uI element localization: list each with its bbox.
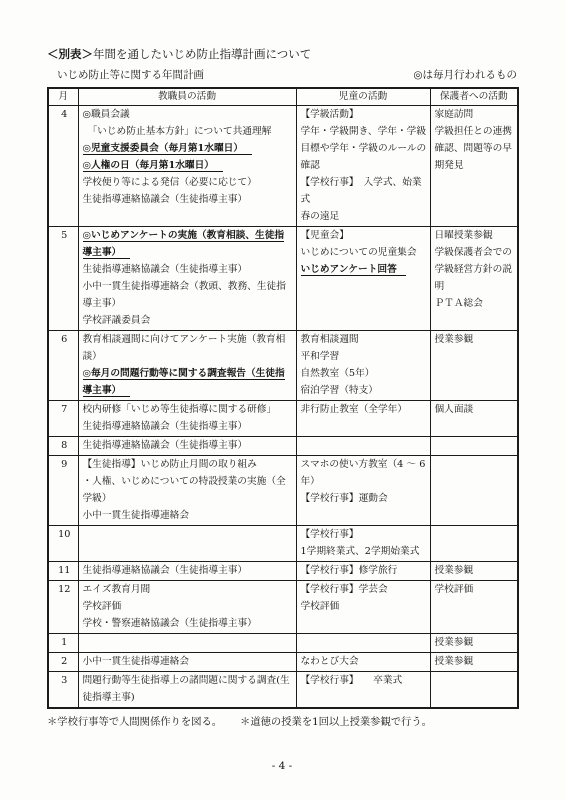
activity-item: 小中一貫生徒指導連絡会（教頭、教務、生徒指導主事） [83, 278, 294, 312]
children-cell: 【学校行事】 卒業式 [296, 672, 430, 709]
column-header-parents: 保護者への活動 [430, 88, 518, 106]
column-header-teachers: 教職員の活動 [78, 88, 296, 106]
table-row: 9【生徒指導】いじめ防止月間の取り組み・人権、いじめについての特設授業の実施（全… [48, 456, 518, 526]
teachers-cell [78, 634, 296, 653]
children-cell: 【学校行事】1学期終業式、2学期始業式 [296, 526, 430, 562]
activity-item: 学級担任との連携確認、問題等の早期発見 [435, 123, 516, 174]
header-row: 月 教職員の活動 児童の活動 保護者への活動 [48, 88, 518, 106]
month-cell: 11 [48, 562, 78, 581]
month-cell: 2 [48, 653, 78, 672]
table-row: 10【学校行事】1学期終業式、2学期始業式 [48, 526, 518, 562]
month-cell: 6 [48, 331, 78, 401]
activity-item: ◎児童支援委員会（毎月第1水曜日） [83, 140, 294, 157]
parents-cell [430, 437, 518, 456]
teachers-cell: 小中一貫生徒指導連絡会 [78, 653, 296, 672]
parents-cell: 個人面談 [430, 401, 518, 437]
teachers-cell: 校内研修「いじめ等生徒指導に関する研修」生徒指導連絡協議会（生徒指導主事） [78, 401, 296, 437]
activity-item: 【学校行事】修学旅行 [301, 562, 428, 579]
activity-item: 【学級活動】 [301, 106, 428, 123]
activity-item: 春の遠足 [301, 208, 428, 225]
children-cell: 教育相談週間平和学習自然教室（5年）宿泊学習（特支） [296, 331, 430, 401]
activity-item: 生徒指導連絡協議会（生徒指導主事） [83, 418, 294, 435]
activity-item: スマホの使い方教室（4 ～ 6年） [301, 456, 428, 490]
children-cell: 【学級活動】学年・学級開き、学年・学級目標や学年・学級のルールの確認【学校行事】… [296, 106, 430, 227]
emphasized-activity: いじめアンケート回答 [301, 264, 406, 276]
activity-item: 【学校行事】 卒業式 [301, 672, 428, 689]
emphasized-activity: ◎いじめアンケートの実施（教育相談、生徒指導主事） [83, 230, 285, 259]
parents-cell [430, 672, 518, 709]
activity-item: なわとび大会 [301, 653, 428, 670]
activity-item: 生徒指導連絡協議会（生徒指導主事） [83, 261, 294, 278]
children-cell: スマホの使い方教室（4 ～ 6年）【学校行事】運動会 [296, 456, 430, 526]
title-text: 年間を通したいじめ防止指導計画について [93, 47, 311, 61]
children-cell [296, 437, 430, 456]
parents-cell: 学校評価 [430, 581, 518, 634]
activity-item: 教育相談週間に向けてアンケート実施（教育相談） [83, 331, 294, 365]
activity-item: 平和学習 [301, 348, 428, 365]
activity-item: ・人権、いじめについての特設授業の実施（全学級） [83, 473, 294, 507]
activity-item: 学校評価 [83, 598, 294, 615]
activity-item: エイズ教育月間 [83, 581, 294, 598]
month-cell: 9 [48, 456, 78, 526]
page-number: - 4 - [47, 760, 517, 772]
activity-item: 【生徒指導】いじめ防止月間の取り組み [83, 456, 294, 473]
teachers-cell: ◎いじめアンケートの実施（教育相談、生徒指導主事）生徒指導連絡協議会（生徒指導主… [78, 227, 296, 331]
teachers-cell [78, 526, 296, 562]
activity-item: ◎人権の日（毎月第1水曜日） [83, 157, 294, 174]
children-cell: 【児童会】いじめについての児童集会いじめアンケート回答 [296, 227, 430, 331]
table-header: 月 教職員の活動 児童の活動 保護者への活動 [48, 88, 518, 106]
emphasized-activity: ◎人権の日（毎月第1水曜日） [83, 160, 223, 172]
activity-item: 【学校行事】運動会 [301, 490, 428, 507]
footnotes: ＊学校行事等で人間関係作りを図る。 ＊道徳の授業を1回以上授業参観で行う。 [47, 715, 517, 730]
annual-plan-table: 月 教職員の活動 児童の活動 保護者への活動 4◎職員会議「いじめ防止基本方針」… [47, 87, 519, 709]
activity-item: 生徒指導連絡協議会（生徒指導主事） [83, 562, 294, 579]
parents-cell [430, 526, 518, 562]
parents-cell: 家庭訪問学級担任との連携確認、問題等の早期発見 [430, 106, 518, 227]
activity-item: 授業参観 [435, 653, 516, 670]
teachers-cell: エイズ教育月間学校評価学校・警察連絡協議会（生徒指導主事） [78, 581, 296, 634]
activity-item: 学年・学級開き、学年・学級目標や学年・学級のルールの確認 [301, 123, 428, 174]
activity-item: 学校評価 [301, 598, 428, 615]
activity-item: 宿泊学習（特支） [301, 382, 428, 399]
activity-item: 学校評価 [435, 581, 516, 598]
table-row: 2小中一貫生徒指導連絡会なわとび大会授業参観 [48, 653, 518, 672]
emphasized-activity: ◎児童支援委員会（毎月第1水曜日） [83, 143, 253, 155]
month-cell: 3 [48, 672, 78, 709]
table-row: 6教育相談週間に向けてアンケート実施（教育相談）◎毎月の問題行動等に関する調査報… [48, 331, 518, 401]
activity-item: 【児童会】 [301, 227, 428, 244]
document-page: ＜別表＞年間を通したいじめ防止指導計画について いじめ防止等に関する年間計画 ◎… [0, 0, 565, 800]
activity-item: 「いじめ防止基本方針」について共通理解 [83, 123, 294, 140]
activity-item: いじめについての児童集会 [301, 244, 428, 261]
month-cell: 1 [48, 634, 78, 653]
activity-item: 生徒指導連絡協議会（生徒指導主事） [83, 437, 294, 454]
table-caption: いじめ防止等に関する年間計画 [47, 68, 204, 83]
activity-item: ＰＴＡ総会 [435, 295, 516, 312]
month-cell: 10 [48, 526, 78, 562]
children-cell: 【学校行事】学芸会学校評価 [296, 581, 430, 634]
parents-cell: 日曜授業参観学級保護者会での学級経営方針の説明ＰＴＡ総会 [430, 227, 518, 331]
table-row: 7校内研修「いじめ等生徒指導に関する研修」生徒指導連絡協議会（生徒指導主事）非行… [48, 401, 518, 437]
activity-item: 生徒指導連絡協議会（生徒指導主事） [83, 191, 294, 208]
activity-item: 小中一貫生徒指導連絡会 [83, 653, 294, 670]
activity-item: 学級保護者会での学級経営方針の説明 [435, 244, 516, 295]
parents-cell: 授業参観 [430, 562, 518, 581]
emphasized-activity: ◎毎月の問題行動等に関する調査報告（生徒指導主事） [83, 368, 285, 397]
children-cell: なわとび大会 [296, 653, 430, 672]
month-cell: 5 [48, 227, 78, 331]
month-cell: 4 [48, 106, 78, 227]
activity-item: 【学校行事】学芸会 [301, 581, 428, 598]
activity-item: 教育相談週間 [301, 331, 428, 348]
table-row: 3問題行動等生徒指導上の諸問題に関する調査(生徒指導主事)【学校行事】 卒業式 [48, 672, 518, 709]
teachers-cell: 生徒指導連絡協議会（生徒指導主事） [78, 562, 296, 581]
footnote-2: ＊道徳の授業を1回以上授業参観で行う。 [240, 715, 432, 730]
caption-row: いじめ防止等に関する年間計画 ◎は毎月行われるもの [47, 68, 517, 83]
annual-plan-table-body: 4◎職員会議「いじめ防止基本方針」について共通理解◎児童支援委員会（毎月第1水曜… [48, 106, 518, 709]
children-cell: 【学校行事】修学旅行 [296, 562, 430, 581]
column-header-children: 児童の活動 [296, 88, 430, 106]
table-row: 4◎職員会議「いじめ防止基本方針」について共通理解◎児童支援委員会（毎月第1水曜… [48, 106, 518, 227]
column-header-month: 月 [48, 88, 78, 106]
activity-item: 授業参観 [435, 634, 516, 651]
activity-item: ◎いじめアンケートの実施（教育相談、生徒指導主事） [83, 227, 294, 261]
activity-item: 小中一貫生徒指導連絡会 [83, 507, 294, 524]
table-row: 8生徒指導連絡協議会（生徒指導主事） [48, 437, 518, 456]
activity-item: 授業参観 [435, 562, 516, 579]
activity-item: 個人面談 [435, 401, 516, 418]
activity-item: 学校評議委員会 [83, 312, 294, 329]
table-row: 11生徒指導連絡協議会（生徒指導主事）【学校行事】修学旅行授業参観 [48, 562, 518, 581]
table-row: 12エイズ教育月間学校評価学校・警察連絡協議会（生徒指導主事）【学校行事】学芸会… [48, 581, 518, 634]
title-prefix: ＜別表＞ [47, 47, 93, 61]
teachers-cell: 【生徒指導】いじめ防止月間の取り組み・人権、いじめについての特設授業の実施（全学… [78, 456, 296, 526]
page-title: ＜別表＞年間を通したいじめ防止指導計画について [47, 46, 517, 62]
activity-item: ◎職員会議 [83, 106, 294, 123]
activity-item: 【学校行事】 入学式、始業式 [301, 174, 428, 208]
activity-item: 学校便り等による発信（必要に応じて） [83, 174, 294, 191]
activity-item: 家庭訪問 [435, 106, 516, 123]
teachers-cell: 生徒指導連絡協議会（生徒指導主事） [78, 437, 296, 456]
parents-cell: 授業参観 [430, 331, 518, 401]
activity-item: 日曜授業参観 [435, 227, 516, 244]
activity-item: 問題行動等生徒指導上の諸問題に関する調査(生徒指導主事) [83, 672, 294, 706]
activity-item: 学校・警察連絡協議会（生徒指導主事） [83, 615, 294, 632]
month-cell: 8 [48, 437, 78, 456]
teachers-cell: 教育相談週間に向けてアンケート実施（教育相談）◎毎月の問題行動等に関する調査報告… [78, 331, 296, 401]
table-row: 5◎いじめアンケートの実施（教育相談、生徒指導主事）生徒指導連絡協議会（生徒指導… [48, 227, 518, 331]
activity-item: いじめアンケート回答 [301, 261, 428, 278]
activity-item: 【学校行事】 [301, 526, 428, 543]
activity-item: 自然教室（5年） [301, 365, 428, 382]
activity-item: 授業参観 [435, 331, 516, 348]
children-cell: 非行防止教室（全学年） [296, 401, 430, 437]
parents-cell: 授業参観 [430, 653, 518, 672]
parents-cell [430, 456, 518, 526]
month-cell: 12 [48, 581, 78, 634]
teachers-cell: ◎職員会議「いじめ防止基本方針」について共通理解◎児童支援委員会（毎月第1水曜日… [78, 106, 296, 227]
parents-cell: 授業参観 [430, 634, 518, 653]
table-row: 1授業参観 [48, 634, 518, 653]
activity-item: 非行防止教室（全学年） [301, 401, 428, 418]
month-cell: 7 [48, 401, 78, 437]
footnote-1: ＊学校行事等で人間関係作りを図る。 [47, 715, 222, 730]
children-cell [296, 634, 430, 653]
activity-item: ◎毎月の問題行動等に関する調査報告（生徒指導主事） [83, 365, 294, 399]
legend-note: ◎は毎月行われるもの [413, 68, 517, 83]
activity-item: 校内研修「いじめ等生徒指導に関する研修」 [83, 401, 294, 418]
teachers-cell: 問題行動等生徒指導上の諸問題に関する調査(生徒指導主事) [78, 672, 296, 709]
activity-item: 1学期終業式、2学期始業式 [301, 543, 428, 560]
